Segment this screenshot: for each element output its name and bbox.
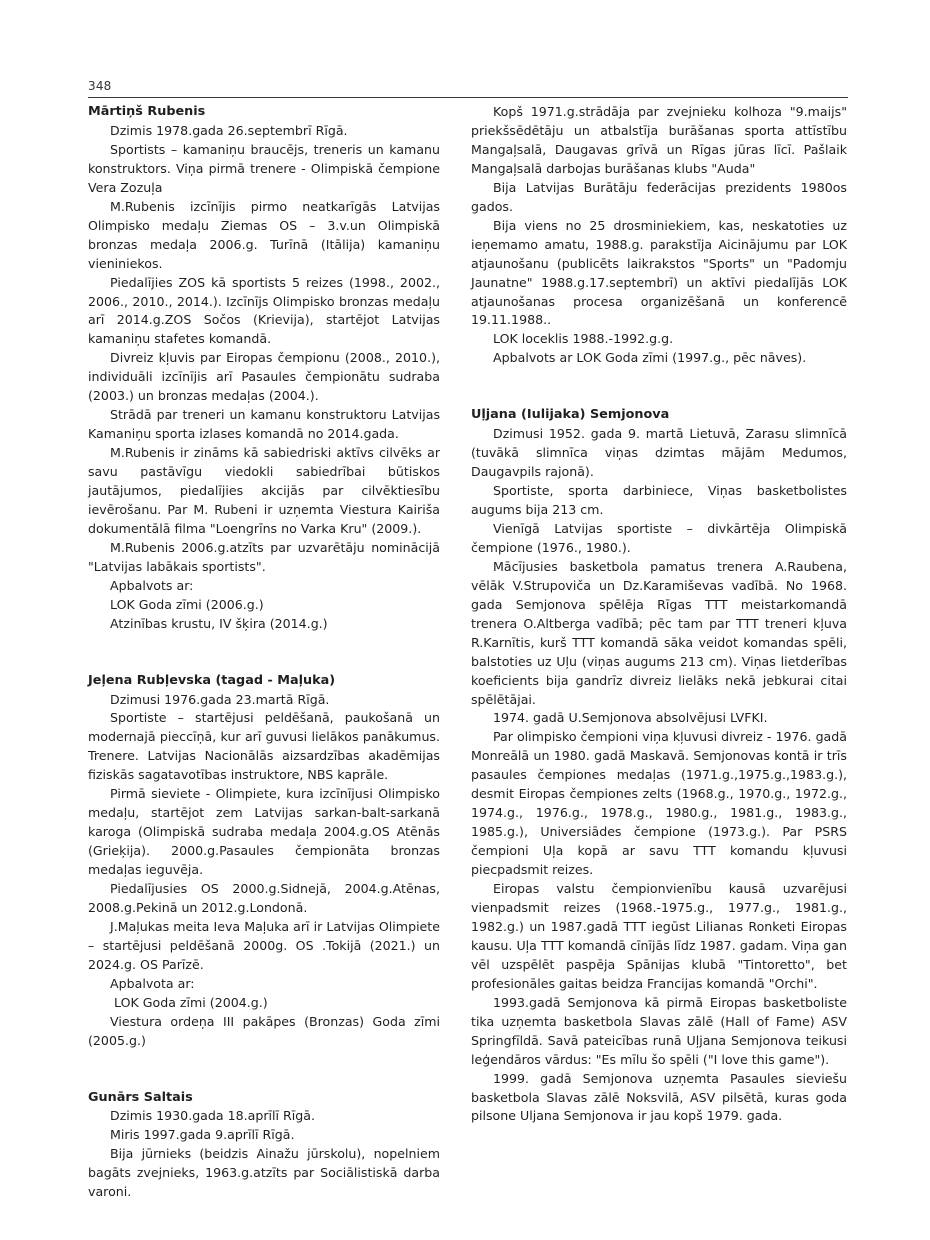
paragraph: Sportists – kamaniņu braucējs, treneris … — [88, 141, 440, 198]
entry-saltais: Gunārs Saltais Dzimis 1930.gada 18.aprīl… — [88, 1089, 440, 1203]
entry-name: Gunārs Saltais — [88, 1089, 440, 1108]
awards-label: Apbalvota ar: — [88, 975, 440, 994]
paragraph: Pirmā sieviete - Olimpiete, kura izcīnīj… — [88, 785, 440, 880]
award-item: LOK Goda zīmi (2004.g.) — [88, 994, 440, 1013]
paragraph: Vienīgā Latvijas sportiste – divkārtēja … — [471, 520, 847, 558]
paragraph: LOK loceklis 1988.-1992.g.g. — [471, 330, 847, 349]
paragraph: Dzimusi 1952. gada 9. martā Lietuvā, Zar… — [471, 425, 847, 482]
awards-label: Apbalvots ar: — [88, 577, 440, 596]
right-column: Kopš 1971.g.strādāja par zvejnieku kolho… — [471, 103, 847, 1145]
paragraph: Dzimis 1930.gada 18.aprīlī Rīgā. — [88, 1107, 440, 1126]
paragraph: Bija Latvijas Burātāju federācijas prezi… — [471, 179, 847, 217]
paragraph: Sportiste – startējusi peldēšanā, paukoš… — [88, 709, 440, 785]
paragraph: 1974. gadā U.Semjonova absolvējusi LVFKI… — [471, 709, 847, 728]
paragraph: Dzimusi 1976.gada 23.martā Rīgā. — [88, 691, 440, 710]
paragraph: Dzimis 1978.gada 26.septembrī Rīgā. — [88, 122, 440, 141]
spacer — [88, 653, 440, 672]
paragraph: Divreiz kļuvis par Eiropas čempionu (200… — [88, 349, 440, 406]
paragraph: M.Rubenis 2006.g.atzīts par uzvarētāju n… — [88, 539, 440, 577]
paragraph: Apbalvots ar LOK Goda zīmi (1997.g., pēc… — [471, 349, 847, 368]
paragraph: 1993.gadā Semjonova kā pirmā Eiropas bas… — [471, 994, 847, 1070]
paragraph: Par olimpisko čempioni viņa kļuvusi divr… — [471, 728, 847, 880]
entry-semjonova: Uļjana (Iulijaka) Semjonova Dzimusi 1952… — [471, 406, 847, 1126]
spacer — [88, 1070, 440, 1089]
paragraph: Miris 1997.gada 9.aprīlī Rīgā. — [88, 1126, 440, 1145]
entry-rubenis: Mārtiņš Rubenis Dzimis 1978.gada 26.sept… — [88, 103, 440, 634]
paragraph: Eiropas valstu čempionvienību kausā uzva… — [471, 880, 847, 994]
award-item: LOK Goda zīmi (2006.g.) — [88, 596, 440, 615]
spacer — [471, 387, 847, 406]
page-number: 348 — [88, 79, 112, 93]
header-rule — [88, 97, 848, 98]
paragraph: 1999. gadā Semjonova uzņemta Pasaules si… — [471, 1070, 847, 1127]
paragraph: Piedalījusies OS 2000.g.Sidnejā, 2004.g.… — [88, 880, 440, 918]
award-item: Viestura ordeņa III pakāpes (Bronzas) Go… — [88, 1013, 440, 1051]
entry-rublevska: Jeļena Rubļevska (tagad - Maļuka) Dzimus… — [88, 672, 440, 1051]
paragraph: M.Rubenis izcīnījis pirmo neatkarīgās La… — [88, 198, 440, 274]
left-column: Mārtiņš Rubenis Dzimis 1978.gada 26.sept… — [88, 103, 440, 1221]
paragraph: Mācījusies basketbola pamatus trenera A.… — [471, 558, 847, 710]
entry-saltais-continued: Kopš 1971.g.strādāja par zvejnieku kolho… — [471, 103, 847, 368]
entry-name: Uļjana (Iulijaka) Semjonova — [471, 406, 847, 425]
award-item: Atzinības krustu, IV šķira (2014.g.) — [88, 615, 440, 634]
entry-name: Jeļena Rubļevska (tagad - Maļuka) — [88, 672, 440, 691]
paragraph: Bija viens no 25 drosminiekiem, kas, nes… — [471, 217, 847, 331]
paragraph: J.Maļukas meita Ieva Maļuka arī ir Latvi… — [88, 918, 440, 975]
paragraph: M.Rubenis ir zināms kā sabiedriski aktīv… — [88, 444, 440, 539]
paragraph: Kopš 1971.g.strādāja par zvejnieku kolho… — [471, 103, 847, 179]
paragraph: Bija jūrnieks (beidzis Ainažu jūrskolu),… — [88, 1145, 440, 1202]
paragraph: Piedalījies ZOS kā sportists 5 reizes (1… — [88, 274, 440, 350]
paragraph: Strādā par treneri un kamanu konstruktor… — [88, 406, 440, 444]
paragraph: Sportiste, sporta darbiniece, Viņas bask… — [471, 482, 847, 520]
entry-name: Mārtiņš Rubenis — [88, 103, 440, 122]
